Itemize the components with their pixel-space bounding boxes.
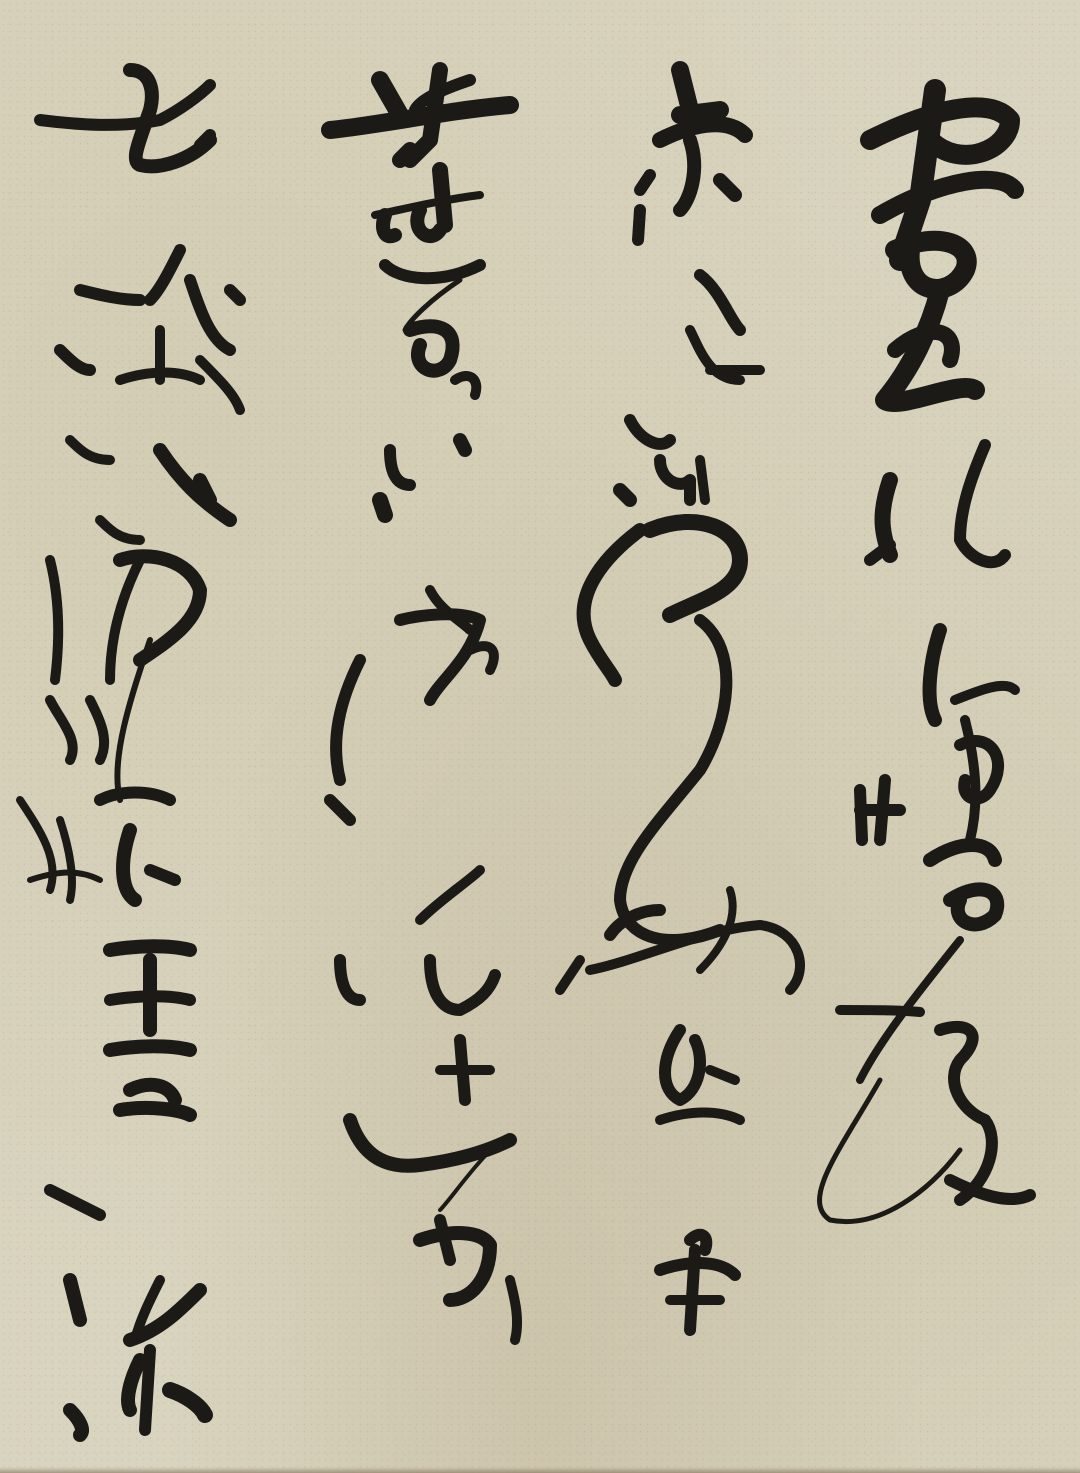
- column-2-strokes: [560, 70, 800, 1330]
- column-4-strokes: [90, 280, 240, 1115]
- column-1-strokes: [820, 90, 1030, 1222]
- paper-edge: [0, 1467, 1080, 1473]
- column-3-strokes: [330, 70, 517, 1340]
- calligraphy-artwork: Chinese cursive-script calligraphy (草书) …: [0, 0, 1080, 1473]
- column-5-strokes: [20, 70, 210, 1435]
- ink-strokes: [0, 0, 1080, 1473]
